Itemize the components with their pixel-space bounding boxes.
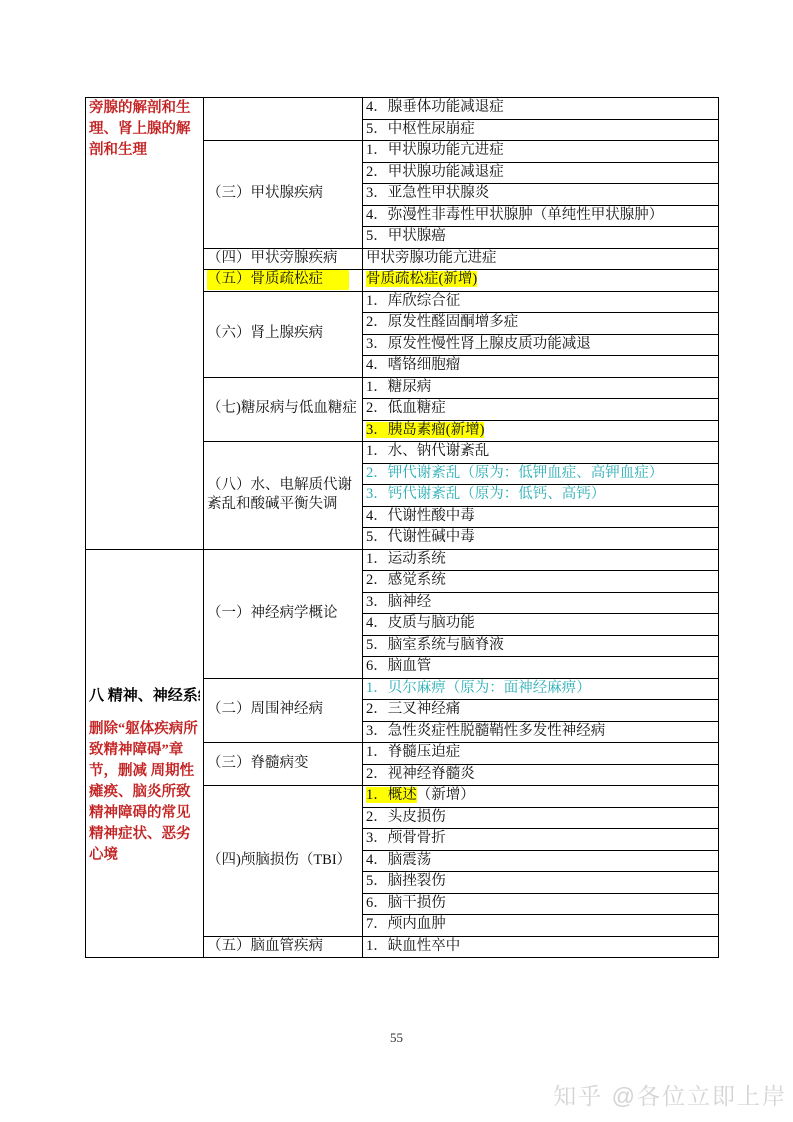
section-header-cell: （三）脊髓病变 (204, 743, 363, 786)
topic-text: 3．原发性慢性肾上腺皮质功能减退 (366, 336, 591, 352)
topic-cell: 2．原发性醛固酮增多症 (363, 313, 719, 335)
topic-text: 2．甲状腺功能减退症 (366, 164, 504, 180)
topic-text: 3．亚急性甲状腺炎 (366, 185, 489, 201)
topic-text: 2．视神经脊髓炎 (366, 766, 475, 782)
topic-text: 1．运动系统 (366, 551, 446, 567)
topic-text: 2．三叉神经痛 (366, 701, 460, 717)
topic-cell: 1．甲状腺功能亢进症 (363, 141, 719, 163)
topic-text: 4．腺垂体功能减退症 (366, 99, 504, 115)
topic-text: 6．脑血管 (366, 658, 431, 674)
topic-text-suffix: （新增） (417, 787, 475, 803)
section-header: （七)糖尿病与低血糖症 (207, 400, 357, 416)
section-header-cell: （一）神经病学概论 (204, 549, 363, 678)
chapter-cell: 八 精神、神经系统删除“躯体疾病所致精神障碍”章节，删减 周期性瘫痪、脑炎所致精… (86, 549, 204, 958)
topic-cell: 7．颅内血肿 (363, 915, 719, 937)
topic-text: 3．胰岛素瘤(新增) (366, 422, 484, 438)
topic-text: 6．脑干损伤 (366, 895, 446, 911)
topic-cell: 4．弥漫性非毒性甲状腺肿（单纯性甲状腺肿） (363, 205, 719, 227)
topic-cell: 4．皮质与脑功能 (363, 614, 719, 636)
topic-cell: 6．脑血管 (363, 657, 719, 679)
topic-cell: 1．运动系统 (363, 549, 719, 571)
zhihu-watermark: 知乎 @各位立即上岸 (553, 1078, 787, 1111)
topic-cell: 2．甲状腺功能减退症 (363, 162, 719, 184)
topic-cell: 5．中枢性尿崩症 (363, 119, 719, 141)
topic-cell: 骨质疏松症(新增) (363, 270, 719, 292)
topic-text: 4．弥漫性非毒性甲状腺肿（单纯性甲状腺肿） (366, 207, 663, 223)
section-header: （四）甲状旁腺疾病 (207, 250, 338, 266)
topic-text: 4．嗜铬细胞瘤 (366, 357, 460, 373)
topic-cell: 5．甲状腺癌 (363, 227, 719, 249)
topic-text: 5．中枢性尿崩症 (366, 121, 475, 137)
section-header: （四)颅脑损伤（TBI） (207, 852, 351, 868)
topic-cell: 4．嗜铬细胞瘤 (363, 356, 719, 378)
topic-text: 5．甲状腺癌 (366, 228, 446, 244)
chapter-cell: 旁腺的解剖和生理、肾上腺的解剖和生理 (86, 98, 204, 550)
topic-cell: 1．库欣综合征 (363, 291, 719, 313)
section-header-cell: （五）脑血管疾病 (204, 936, 363, 958)
topic-text: 3．急性炎症性脱髓鞘性多发性神经病 (366, 723, 605, 739)
section-header-cell: （六）肾上腺疾病 (204, 291, 363, 377)
section-header: （二）周围神经病 (207, 701, 323, 717)
topic-text: 1．糖尿病 (366, 379, 431, 395)
topic-cell: 4．代谢性酸中毒 (363, 506, 719, 528)
topic-text: 2．头皮损伤 (366, 809, 446, 825)
topic-text: 4．皮质与脑功能 (366, 615, 475, 631)
section-header-cell: （三）甲状腺疾病 (204, 141, 363, 249)
chapter-title: 八 精神、神经系统 (89, 686, 200, 707)
section-header: （三）甲状腺疾病 (207, 185, 323, 201)
section-header-cell: （五）骨质疏松症 (204, 270, 363, 292)
topic-cell: 5．脑室系统与脑脊液 (363, 635, 719, 657)
topic-text: 1．概述 (366, 787, 417, 803)
document-page: 旁腺的解剖和生理、肾上腺的解剖和生理4．腺垂体功能减退症5．中枢性尿崩症（三）甲… (0, 0, 793, 1122)
topic-cell: 3．胰岛素瘤(新增) (363, 420, 719, 442)
topic-text: 1．甲状腺功能亢进症 (366, 142, 504, 158)
table-row: 旁腺的解剖和生理、肾上腺的解剖和生理4．腺垂体功能减退症 (86, 98, 719, 120)
section-header-cell: （二）周围神经病 (204, 678, 363, 743)
topic-cell: 2．三叉神经痛 (363, 700, 719, 722)
topic-text: 5．代谢性碱中毒 (366, 529, 475, 545)
section-header-cell: （四)颅脑损伤（TBI） (204, 786, 363, 937)
topic-text: 5．脑挫裂伤 (366, 873, 446, 889)
section-header-cell: （八）水、电解质代谢 紊乱和酸碱平衡失调 (204, 442, 363, 550)
page-number: 55 (0, 1030, 793, 1046)
section-header: （六）肾上腺疾病 (207, 325, 323, 341)
section-header-cell (204, 98, 363, 141)
chapter-revision-note: 删除“躯体疾病所致精神障碍”章节，删减 周期性瘫痪、脑炎所致精神障碍的常见精神症… (89, 719, 200, 866)
topic-cell: 3．急性炎症性脱髓鞘性多发性神经病 (363, 721, 719, 743)
topic-cell: 5．代谢性碱中毒 (363, 528, 719, 550)
topic-text: 4．代谢性酸中毒 (366, 508, 475, 524)
topic-cell: 3．脑神经 (363, 592, 719, 614)
syllabus-table-body: 旁腺的解剖和生理、肾上腺的解剖和生理4．腺垂体功能减退症5．中枢性尿崩症（三）甲… (86, 98, 719, 958)
topic-cell: 2．感觉系统 (363, 571, 719, 593)
topic-text: 1．脊髓压迫症 (366, 744, 460, 760)
topic-cell: 3．钙代谢紊乱（原为：低钙、高钙） (363, 485, 719, 507)
topic-cell: 1．脊髓压迫症 (363, 743, 719, 765)
section-header-cell: （四）甲状旁腺疾病 (204, 248, 363, 270)
topic-cell: 4．腺垂体功能减退症 (363, 98, 719, 120)
topic-cell: 6．脑干损伤 (363, 893, 719, 915)
table-row: 八 精神、神经系统删除“躯体疾病所致精神障碍”章节，删减 周期性瘫痪、脑炎所致精… (86, 549, 719, 571)
topic-text: 2．钾代谢紊乱（原为：低钾血症、高钾血症） (366, 465, 663, 481)
topic-cell: 1．概述（新增） (363, 786, 719, 808)
topic-text: 2．低血糖症 (366, 400, 446, 416)
section-header: （三）脊髓病变 (207, 755, 309, 771)
section-header: （八）水、电解质代谢 紊乱和酸碱平衡失调 (207, 477, 352, 513)
topic-text: 甲状旁腺功能亢进症 (366, 250, 497, 266)
chapter-revision-note: 旁腺的解剖和生理、肾上腺的解剖和生理 (89, 98, 200, 161)
topic-cell: 3．亚急性甲状腺炎 (363, 184, 719, 206)
topic-text: 1．贝尔麻痹（原为：面神经麻痹） (366, 680, 591, 696)
topic-cell: 3．颅骨骨折 (363, 829, 719, 851)
topic-cell: 4．脑震荡 (363, 850, 719, 872)
topic-text: 7．颅内血肿 (366, 916, 446, 932)
topic-text: 3．颅骨骨折 (366, 830, 446, 846)
topic-text: 1．缺血性卒中 (366, 938, 460, 954)
topic-text: 1．库欣综合征 (366, 293, 460, 309)
topic-cell: 2．钾代谢紊乱（原为：低钾血症、高钾血症） (363, 463, 719, 485)
section-header: （五）骨质疏松症 (207, 270, 349, 290)
topic-cell: 甲状旁腺功能亢进症 (363, 248, 719, 270)
section-header: （一）神经病学概论 (207, 605, 338, 621)
topic-cell: 1．糖尿病 (363, 377, 719, 399)
topic-cell: 3．原发性慢性肾上腺皮质功能减退 (363, 334, 719, 356)
topic-text: 2．感觉系统 (366, 572, 446, 588)
topic-text: 3．钙代谢紊乱（原为：低钙、高钙） (366, 486, 605, 502)
topic-text: 5．脑室系统与脑脊液 (366, 637, 504, 653)
section-header-cell: （七)糖尿病与低血糖症 (204, 377, 363, 442)
syllabus-table: 旁腺的解剖和生理、肾上腺的解剖和生理4．腺垂体功能减退症5．中枢性尿崩症（三）甲… (85, 97, 719, 958)
topic-text: 骨质疏松症(新增) (366, 271, 477, 287)
topic-text: 3．脑神经 (366, 594, 431, 610)
topic-cell: 2．视神经脊髓炎 (363, 764, 719, 786)
section-header: （五）脑血管疾病 (207, 938, 323, 954)
topic-cell: 5．脑挫裂伤 (363, 872, 719, 894)
topic-cell: 2．头皮损伤 (363, 807, 719, 829)
topic-cell: 1．贝尔麻痹（原为：面神经麻痹） (363, 678, 719, 700)
topic-text: 4．脑震荡 (366, 852, 431, 868)
topic-cell: 1．缺血性卒中 (363, 936, 719, 958)
topic-text: 1．水、钠代谢紊乱 (366, 443, 489, 459)
topic-cell: 1．水、钠代谢紊乱 (363, 442, 719, 464)
topic-text: 2．原发性醛固酮增多症 (366, 314, 518, 330)
topic-cell: 2．低血糖症 (363, 399, 719, 421)
